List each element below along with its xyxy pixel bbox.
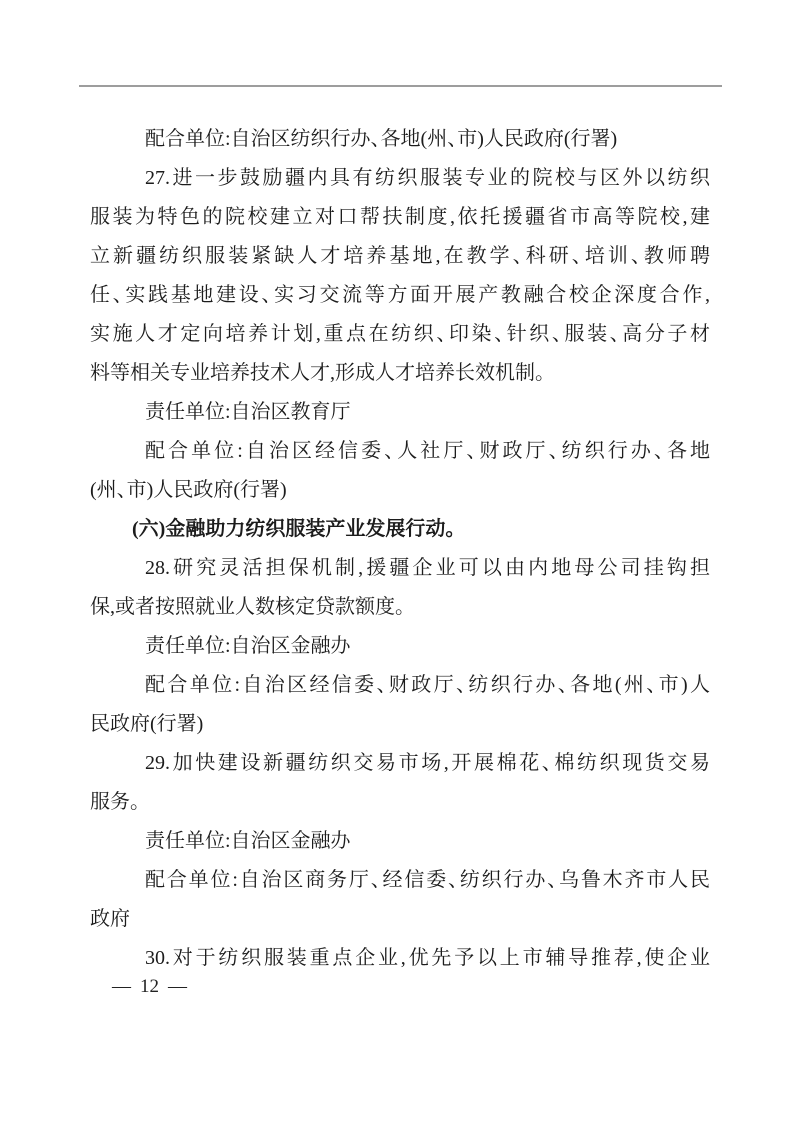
text-line: 责任单位:自治区教育厅 [90,393,710,432]
header-rule [79,85,722,87]
text-line: 实施人才定向培养计划,重点在纺织、印染、针织、服装、高分子材 [90,315,710,354]
text-line: 任、实践基地建设、实习交流等方面开展产教融合校企深度合作, [90,276,710,315]
text-line: 28.研究灵活担保机制,援疆企业可以由内地母公司挂钩担 [90,549,710,588]
text-line: 民政府(行署) [90,705,710,744]
text-line: 配合单位:自治区商务厅、经信委、纺织行办、乌鲁木齐市人民 [90,861,710,900]
text-line: 责任单位:自治区金融办 [90,627,710,666]
text-line: 责任单位:自治区金融办 [90,822,710,861]
text-line: 服务。 [90,783,710,822]
document-body: 配合单位:自治区纺织行办、各地(州、市)人民政府(行署) 27.进一步鼓励疆内具… [90,120,710,978]
footer-dash-right: — [168,976,187,998]
text-line: 27.进一步鼓励疆内具有纺织服装专业的院校与区外以纺织 [90,159,710,198]
text-line: 立新疆纺织服装紧缺人才培养基地,在教学、科研、培训、教师聘 [90,237,710,276]
footer-dash-left: — [112,976,131,998]
text-line: (州、市)人民政府(行署) [90,471,710,510]
text-line: 政府 [90,900,710,939]
text-line: 配合单位:自治区经信委、财政厅、纺织行办、各地(州、市)人 [90,666,710,705]
document-page: 配合单位:自治区纺织行办、各地(州、市)人民政府(行署) 27.进一步鼓励疆内具… [0,0,793,1122]
text-line: 服装为特色的院校建立对口帮扶制度,依托援疆省市高等院校,建 [90,198,710,237]
section-heading: (六)金融助力纺织服装产业发展行动。 [90,510,710,549]
page-number: 12 [140,976,159,998]
text-line: 料等相关专业培养技术人才,形成人才培养长效机制。 [90,354,710,393]
text-line: 配合单位:自治区纺织行办、各地(州、市)人民政府(行署) [90,120,710,159]
text-line: 30.对于纺织服装重点企业,优先予以上市辅导推荐,使企业 [90,939,710,978]
text-line: 保,或者按照就业人数核定贷款额度。 [90,588,710,627]
text-line: 29.加快建设新疆纺织交易市场,开展棉花、棉纺织现货交易 [90,744,710,783]
text-line: 配合单位:自治区经信委、人社厅、财政厅、纺织行办、各地 [90,432,710,471]
page-footer: — 12 — [112,976,187,998]
